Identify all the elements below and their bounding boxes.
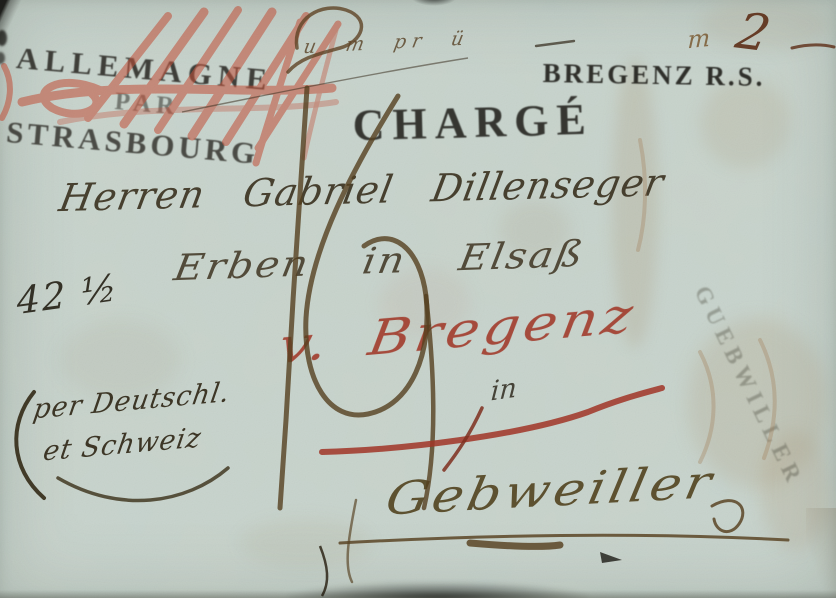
rate-note-42: 42 ½ — [16, 266, 119, 324]
routing-note-line-2: et Schweiz — [41, 422, 204, 467]
charge-stamp: CHARGÉ — [352, 94, 594, 151]
bottom-pen-stroke — [320, 546, 327, 596]
edge-mark-left-2 — [0, 52, 5, 64]
corner-note-small: m — [687, 24, 711, 55]
edge-shadow-bottom — [288, 582, 588, 598]
word-in: in — [490, 372, 518, 407]
rate-large-value: 18 — [0, 0, 1, 1]
routing-stamp-line2-par: PAR — [114, 88, 181, 122]
origin-stamp-bregenz: BREGENZ R.S. — [542, 58, 765, 93]
corner-2-tail — [792, 45, 834, 48]
destination-gebweiller: Gebweiller — [382, 455, 720, 526]
address-line-2: Erben in Elsaß — [171, 234, 588, 290]
top-scribble-note: u m pr ü — [302, 27, 472, 58]
route-note-red-v-bregenz: v. Bregenz — [275, 287, 640, 375]
stain-bottom — [240, 518, 370, 568]
edge-nick-top — [410, 0, 458, 6]
postal-cover: ALLEMAGNE PAR STRASBOURG BREGENZ R.S. CH… — [0, 0, 836, 598]
routing-stamp-line3-strasbourg: STRASBOURG — [5, 114, 261, 172]
corner-note-number: 2 — [731, 2, 776, 63]
edge-mark-left-1 — [0, 30, 7, 46]
pen-dash — [536, 41, 574, 46]
edge-gradient-bottom — [0, 590, 836, 598]
routing-note-line-1: per Deutschl. — [31, 377, 232, 426]
edge-shadow-bottom-right — [806, 508, 836, 598]
under-swash — [58, 468, 228, 501]
address-line-1: Herren Gabriel Dillenseger — [56, 160, 668, 220]
rate-18-marking — [280, 88, 433, 508]
bottom-ink-fleck — [600, 552, 622, 563]
